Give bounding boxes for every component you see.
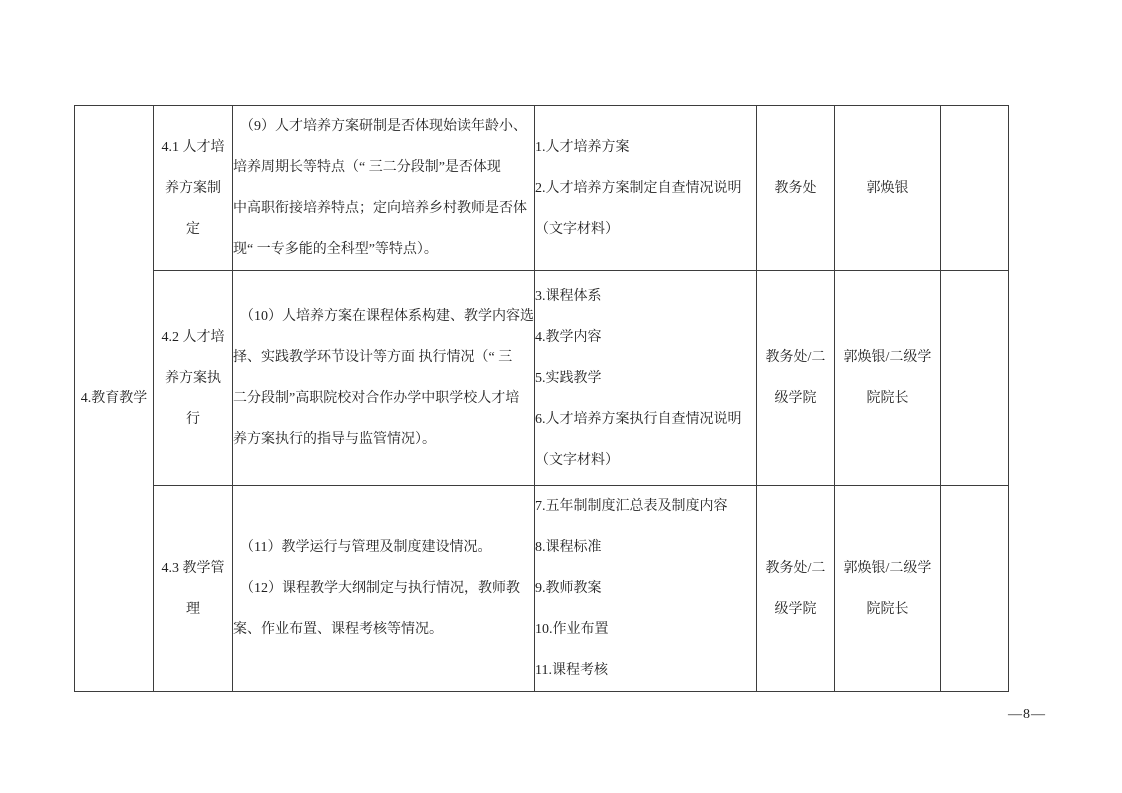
cell-text-line: 级学院 <box>757 378 834 419</box>
cell-text-line: 现“ 一专多能的全科型”等特点）。 <box>233 229 534 270</box>
cell-text-line: 6.人才培养方案执行自查情况说明 <box>535 399 756 440</box>
department-cell-4-1: 教务处 <box>757 106 835 271</box>
table-row: 4.2 人才培养方案执行 （10）人培养方案在课程体系构建、教学内容选择、实践教… <box>75 271 1009 486</box>
category-label: 4.教育教学 <box>75 378 153 419</box>
department-cell-4-2: 教务处/二级学院 <box>757 271 835 486</box>
cell-text-line: 理 <box>154 589 232 630</box>
cell-text-line: 定 <box>154 209 232 250</box>
cell-text-line: 中高职衔接培养特点；定向培养乡村教师是否体 <box>233 188 534 229</box>
cell-text-line: 7.五年制制度汇总表及制度内容 <box>535 486 756 527</box>
cell-text-line: 4.教学内容 <box>535 317 756 358</box>
leader-cell-4-1: 郭焕银 <box>835 106 941 271</box>
cell-text-line: 案、作业布置、课程考核等情况。 <box>233 609 534 650</box>
cell-text-line: 级学院 <box>757 589 834 630</box>
category-cell: 4.教育教学 <box>75 106 154 692</box>
cell-text-line: 4.1 人才培 <box>154 127 232 168</box>
cell-text-line: 院院长 <box>835 589 940 630</box>
cell-text-line: 择、实践教学环节设计等方面 执行情况（“ 三 <box>233 337 534 378</box>
cell-text-line: 5.实践教学 <box>535 358 756 399</box>
document-page: 4.教育教学 4.1 人才培养方案制定 （9）人才培养方案研制是否体现始读年龄小… <box>0 0 1122 793</box>
page-number: —8— <box>1008 707 1046 723</box>
cell-text-line: 郭焕银/二级学 <box>835 548 940 589</box>
cell-text-line: （12）课程教学大纲制定与执行情况，教师教 <box>233 568 534 609</box>
cell-text-line: 郭焕银/二级学 <box>835 337 940 378</box>
cell-text-line: 培养周期长等特点（“ 三二分段制”是否体现 <box>233 147 534 188</box>
cell-text-line: 郭焕银 <box>835 168 940 209</box>
cell-text-line: 行 <box>154 399 232 440</box>
remark-cell-4-1 <box>941 106 1009 271</box>
department-cell-4-3: 教务处/二级学院 <box>757 486 835 692</box>
cell-text-line: 2.人才培养方案制定自查情况说明 <box>535 168 756 209</box>
table-row: 4.教育教学 4.1 人才培养方案制定 （9）人才培养方案研制是否体现始读年龄小… <box>75 106 1009 271</box>
cell-text-line: 院院长 <box>835 378 940 419</box>
table-row: 4.3 教学管理 （11）教学运行与管理及制度建设情况。 （12）课程教学大纲制… <box>75 486 1009 692</box>
cell-text-line: （文字材料） <box>535 209 756 250</box>
cell-text-line: （11）教学运行与管理及制度建设情况。 <box>233 527 534 568</box>
materials-cell-4-2: 3.课程体系4.教学内容5.实践教学6.人才培养方案执行自查情况说明（文字材料） <box>535 271 757 486</box>
remark-cell-4-3 <box>941 486 1009 692</box>
cell-text-line: 养方案执行的指导与监管情况）。 <box>233 419 534 460</box>
cell-text-line: 10.作业布置 <box>535 609 756 650</box>
cell-text-line: 教务处/二 <box>757 337 834 378</box>
cell-text-line: 8.课程标准 <box>535 527 756 568</box>
cell-text-line: （10）人培养方案在课程体系构建、教学内容选 <box>233 296 534 337</box>
cell-text-line: 3.课程体系 <box>535 276 756 317</box>
cell-text-line: 二分段制”高职院校对合作办学中职学校人才培 <box>233 378 534 419</box>
cell-text-line: 4.3 教学管 <box>154 548 232 589</box>
evaluation-table: 4.教育教学 4.1 人才培养方案制定 （9）人才培养方案研制是否体现始读年龄小… <box>74 105 1009 692</box>
cell-text-line: 养方案执 <box>154 358 232 399</box>
cell-text-line: 4.2 人才培 <box>154 317 232 358</box>
materials-cell-4-1: 1.人才培养方案2.人才培养方案制定自查情况说明（文字材料） <box>535 106 757 271</box>
cell-text-line: 养方案制 <box>154 168 232 209</box>
item-cell-4-2: 4.2 人才培养方案执行 <box>154 271 233 486</box>
materials-cell-4-3: 7.五年制制度汇总表及制度内容8.课程标准9.教师教案10.作业布置11.课程考… <box>535 486 757 692</box>
item-cell-4-3: 4.3 教学管理 <box>154 486 233 692</box>
criteria-cell-4-1: （9）人才培养方案研制是否体现始读年龄小、培养周期长等特点（“ 三二分段制”是否… <box>233 106 535 271</box>
remark-cell-4-2 <box>941 271 1009 486</box>
cell-text-line: 11.课程考核 <box>535 650 756 691</box>
criteria-cell-4-3: （11）教学运行与管理及制度建设情况。 （12）课程教学大纲制定与执行情况，教师… <box>233 486 535 692</box>
cell-text-line: （文字材料） <box>535 440 756 481</box>
criteria-cell-4-2: （10）人培养方案在课程体系构建、教学内容选择、实践教学环节设计等方面 执行情况… <box>233 271 535 486</box>
cell-text-line: 教务处 <box>757 168 834 209</box>
cell-text-line: 9.教师教案 <box>535 568 756 609</box>
cell-text-line: 1.人才培养方案 <box>535 127 756 168</box>
cell-text-line: （9）人才培养方案研制是否体现始读年龄小、 <box>233 106 534 147</box>
cell-text-line: 教务处/二 <box>757 548 834 589</box>
item-cell-4-1: 4.1 人才培养方案制定 <box>154 106 233 271</box>
leader-cell-4-3: 郭焕银/二级学院院长 <box>835 486 941 692</box>
leader-cell-4-2: 郭焕银/二级学院院长 <box>835 271 941 486</box>
